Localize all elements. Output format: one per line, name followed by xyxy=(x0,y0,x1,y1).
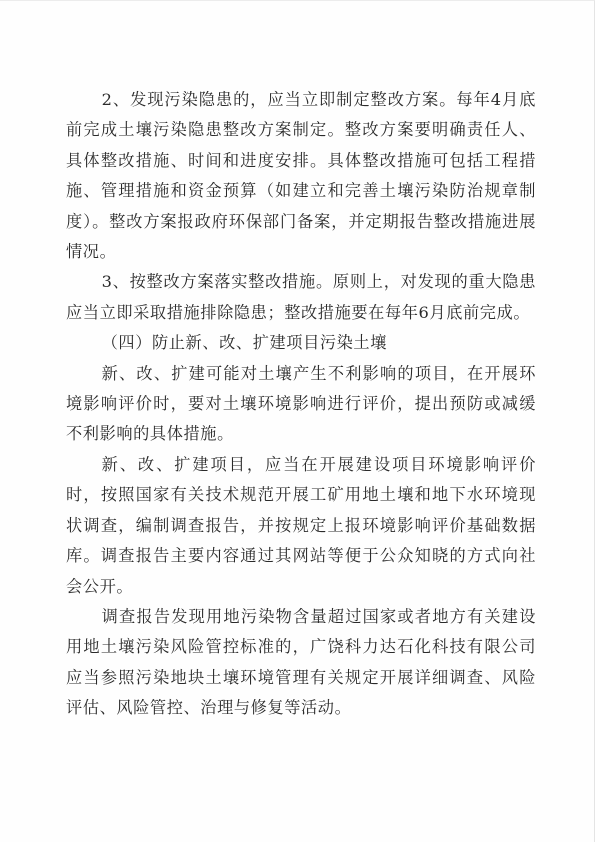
section-heading-4: （四）防止新、改、扩建项目污染土壤 xyxy=(66,328,536,358)
paragraph-implement-measures: 3、按整改方案落实整改措施。原则上，对发现的重大隐患应当立即采取措施排除隐患；整… xyxy=(66,267,536,328)
paragraph-rectification-plan: 2、发现污染隐患的，应当立即制定整改方案。每年4月底前完成土壤污染隐患整改方案制… xyxy=(66,85,536,267)
paragraph-eia-soil: 新、改、扩建可能对土壤产生不利影响的项目，在开展环境影响评价时，要对土壤环境影响… xyxy=(66,359,536,450)
document-page: 2、发现污染隐患的，应当立即制定整改方案。每年4月底前完成土壤污染隐患整改方案制… xyxy=(0,0,595,842)
document-body: 2、发现污染隐患的，应当立即制定整改方案。每年4月底前完成土壤污染隐患整改方案制… xyxy=(66,85,536,724)
paragraph-site-survey: 新、改、扩建项目，应当在开展建设项目环境影响评价时，按照国家有关技术规范开展工矿… xyxy=(66,450,536,602)
paragraph-exceed-standards: 调查报告发现用地污染物含量超过国家或者地方有关建设用地土壤污染风险管控标准的，广… xyxy=(66,602,536,724)
